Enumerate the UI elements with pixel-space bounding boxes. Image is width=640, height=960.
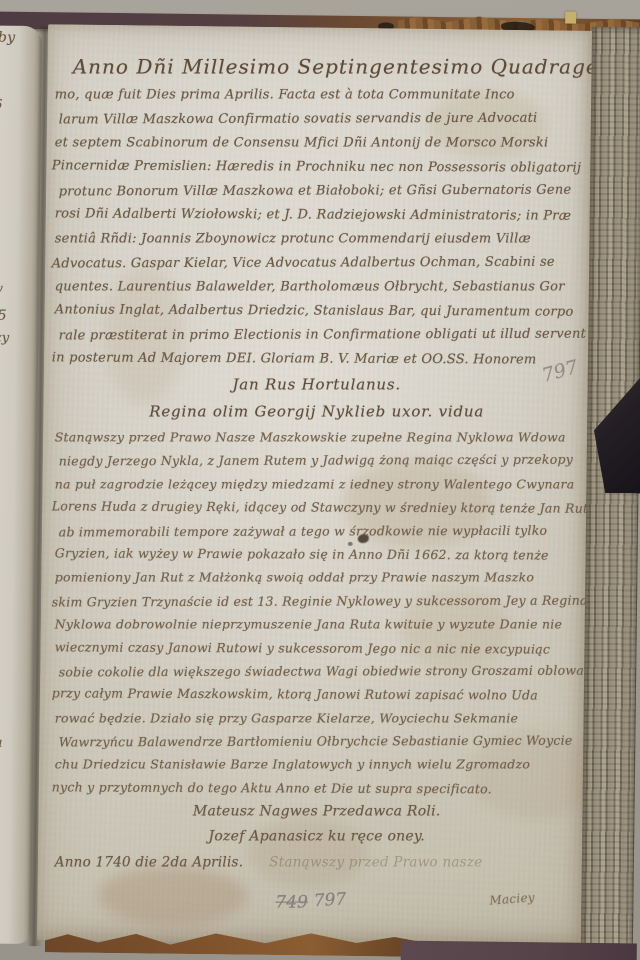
- margin-fragment: la: [0, 736, 3, 751]
- margin-fragment: rzy: [0, 330, 9, 345]
- record-line: Pincernidæ Premislien: Hæredis in Prochn…: [52, 154, 579, 180]
- record-line: et septem Scabinorum de Consensu Mfici D…: [55, 132, 579, 156]
- date-line-row: Anno 1740 die 2da Aprilis. Stanąwszy prz…: [55, 850, 579, 876]
- handwritten-text-block: Anno Dñi Millesimo Septingentesimo Quadr…: [55, 52, 579, 876]
- latin-record: mo, quæ fuit Dies prima Aprilis. Facta e…: [55, 84, 579, 372]
- record-line: protunc Bonorum Villæ Maszkowa et Białob…: [59, 179, 579, 205]
- record-line: niegdy Jerzego Nykla, z Janem Rutem y Ja…: [59, 448, 579, 473]
- record-line: chu Driedzicu Stanisławie Barze Inglatow…: [55, 753, 579, 776]
- margin-fragment: w: [0, 282, 3, 297]
- record-line: rować będzie. Działo się przy Gasparze K…: [55, 706, 579, 729]
- record-line: Wawrzyńcu Balawendrze Bartłomieniu Ołbry…: [59, 729, 579, 754]
- faint-continuation: Stanąwszy przed Prawo nasze: [269, 850, 482, 876]
- buyer-line: Jozef Apanasicz ku ręce oney.: [55, 825, 579, 850]
- record-line: mo, quæ fuit Dies prima Aprilis. Facta e…: [55, 84, 579, 108]
- record-line: ab immemorabili tempore zażywał a tego w…: [59, 518, 579, 543]
- record-line: rale præstiterat in primo Electionis in …: [59, 323, 579, 349]
- record-line: Advocatus. Gaspar Kielar, Vice Advocatus…: [52, 251, 579, 277]
- manuscript-page: Anno Dñi Millesimo Septingentesimo Quadr…: [37, 24, 594, 947]
- pencil-page-numbers-bottom: 749797: [275, 889, 347, 913]
- record-line: nych y przytomnych do tego Aktu Anno et …: [52, 775, 579, 801]
- faint-signature: Maciey: [489, 890, 535, 907]
- record-line: sentiâ Rñdi: Joannis Zboynowicz protunc …: [55, 228, 579, 252]
- record-line: Stanąwszy przed Prawo Nasze Maszkowskie …: [55, 426, 579, 449]
- record-line: Lorens Huda z drugiey Ręki, idącey od St…: [52, 495, 579, 521]
- margin-fragment: 6: [0, 98, 3, 113]
- record-heading-subtitle: Regina olim Georgij Nyklieb uxor. vidua: [55, 399, 579, 426]
- record-line: na puł zagrodzie leżącey między miedzami…: [55, 472, 579, 495]
- record-heading-name: Jan Rus Hortulanus.: [55, 372, 579, 399]
- book: by 6 n w 25 rzy z b y la Anno Dñi Milles…: [0, 10, 640, 960]
- seller-line: Mateusz Nagwes Przedawca Roli.: [55, 800, 579, 825]
- record-opening-line: Anno Dñi Millesimo Septingentesimo Quadr…: [55, 52, 579, 84]
- record-line: skim Gryzien Trzynaście id est 13. Regin…: [52, 588, 579, 613]
- record-line: Gryzien, iak wyżey w Prawie pokazało się…: [55, 541, 579, 567]
- record-line: larum Villæ Maszkowa Confirmatio sovatis…: [59, 107, 579, 133]
- record-line: in posterum Ad Majorem DEI. Gloriam B. V…: [52, 346, 579, 372]
- margin-fragment: by: [0, 30, 15, 46]
- record-line: Antonius Inglat, Adalbertus Driedzic, St…: [55, 298, 579, 324]
- record-line: przy całym Prawie Maszkowskim, ktorą Jan…: [52, 682, 579, 708]
- record-line: sobie cokolie dla większego świadectwa W…: [59, 659, 579, 684]
- record-line: pomieniony Jan Rut z Małżonką swoią odda…: [55, 566, 579, 589]
- record-line: wiecznymi czasy Janowi Rutowi y sukcesso…: [55, 635, 579, 661]
- book-cover-bottom-edge: [401, 941, 637, 960]
- date-line: Anno 1740 die 2da Aprilis.: [55, 850, 244, 876]
- manuscript-photo: by 6 n w 25 rzy z b y la Anno Dñi Milles…: [0, 0, 640, 960]
- crossed-out-page-number: 749: [275, 892, 308, 912]
- record-line: quentes. Laurentius Balawelder, Bartholo…: [55, 276, 579, 300]
- pencil-page-number: 797: [313, 889, 347, 911]
- margin-fragment: 25: [0, 307, 7, 323]
- bookmark-tab: [565, 12, 576, 24]
- record-line: rosi Dñi Adalberti Wziołowski; et J. D. …: [55, 202, 579, 228]
- polish-record: Stanąwszy przed Prawo Nasze Maszkowskie …: [55, 426, 579, 800]
- record-line: Nyklowa dobrowolnie nieprzymuszenie Jana…: [55, 613, 579, 636]
